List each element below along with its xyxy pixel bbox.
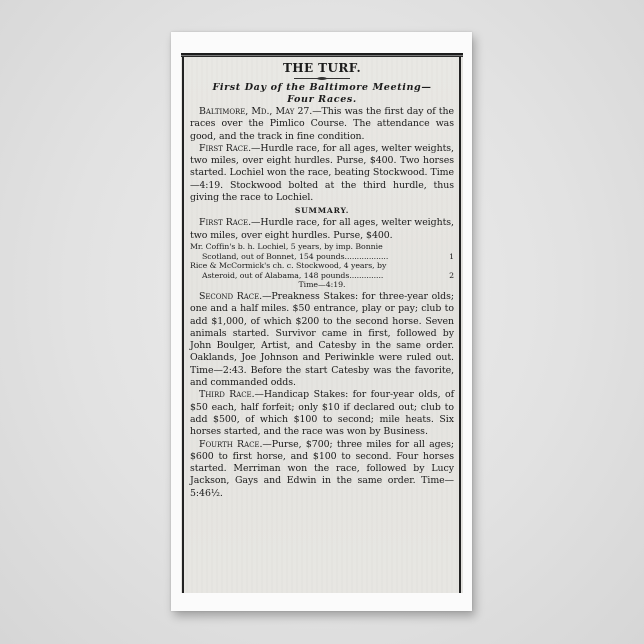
fourth-race-paragraph: Fourth Race.—Purse, $700; three miles fo… — [190, 439, 454, 500]
newspaper-clipping: THE TURF. First Day of the Baltimore Mee… — [181, 53, 463, 593]
dateline: Baltimore, Md., May 27. — [199, 106, 312, 117]
headline: THE TURF. — [190, 61, 454, 76]
second-race-paragraph: Second Race.—Preakness Stakes: for three… — [190, 291, 454, 389]
third-race-paragraph: Third Race.—Handicap Stakes: for four-ye… — [190, 389, 454, 438]
summary-entry: Mr. Coffin's b. h. Lochiel, 5 years, by … — [190, 242, 454, 261]
intro-paragraph: Baltimore, Md., May 27.—This was the fir… — [190, 106, 454, 143]
poster-print: THE TURF. First Day of the Baltimore Mee… — [171, 32, 472, 611]
entry-line-2: Scotland, out of Bonnet, 154 pounds.....… — [190, 252, 444, 262]
entry-line-1: Rice & McCormick's ch. c. Stockwood, 4 y… — [190, 261, 386, 270]
summary-entry: Rice & McCormick's ch. c. Stockwood, 4 y… — [190, 261, 454, 280]
first-race-label: First Race. — [199, 143, 251, 154]
entry-line-2: Asteroid, out of Alabama, 148 pounds....… — [190, 271, 444, 281]
entry-place: 2 — [444, 271, 454, 281]
subhead-line-1: First Day of the Baltimore Meeting— — [190, 82, 454, 94]
entry-line-1: Mr. Coffin's b. h. Lochiel, 5 years, by … — [190, 242, 383, 251]
second-race-text: —Preakness Stakes: for three-year olds; … — [190, 291, 454, 388]
summary-time: Time—4:19. — [190, 280, 454, 290]
subhead-line-2: Four Races. — [190, 94, 454, 106]
summary-first-race-paragraph: First Race.—Hurdle race, for all ages, w… — [190, 217, 454, 242]
right-column-rule — [459, 57, 461, 593]
summary-heading: SUMMARY. — [190, 205, 454, 216]
fourth-race-label: Fourth Race. — [199, 439, 262, 450]
first-race-paragraph: First Race.—Hurdle race, for all ages, w… — [190, 143, 454, 204]
summary-first-race-label: First Race. — [199, 217, 251, 228]
article-body: THE TURF. First Day of the Baltimore Mee… — [190, 61, 454, 500]
subheadline: First Day of the Baltimore Meeting— Four… — [190, 82, 454, 105]
left-column-rule — [182, 57, 184, 593]
second-race-label: Second Race. — [199, 291, 262, 302]
top-column-rule — [181, 53, 463, 57]
third-race-label: Third Race. — [199, 389, 255, 400]
entry-place: 1 — [444, 252, 454, 262]
headline-divider — [294, 78, 350, 79]
